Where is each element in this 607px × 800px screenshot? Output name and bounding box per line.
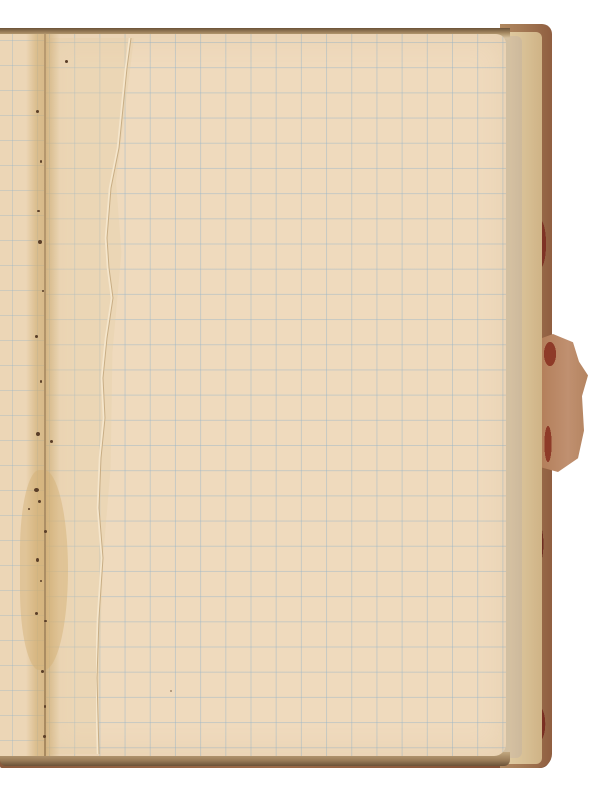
notebook-photo	[0, 0, 607, 800]
spine-fold	[44, 34, 46, 756]
loose-leather-tab	[538, 334, 588, 472]
tear-edge	[96, 38, 136, 754]
